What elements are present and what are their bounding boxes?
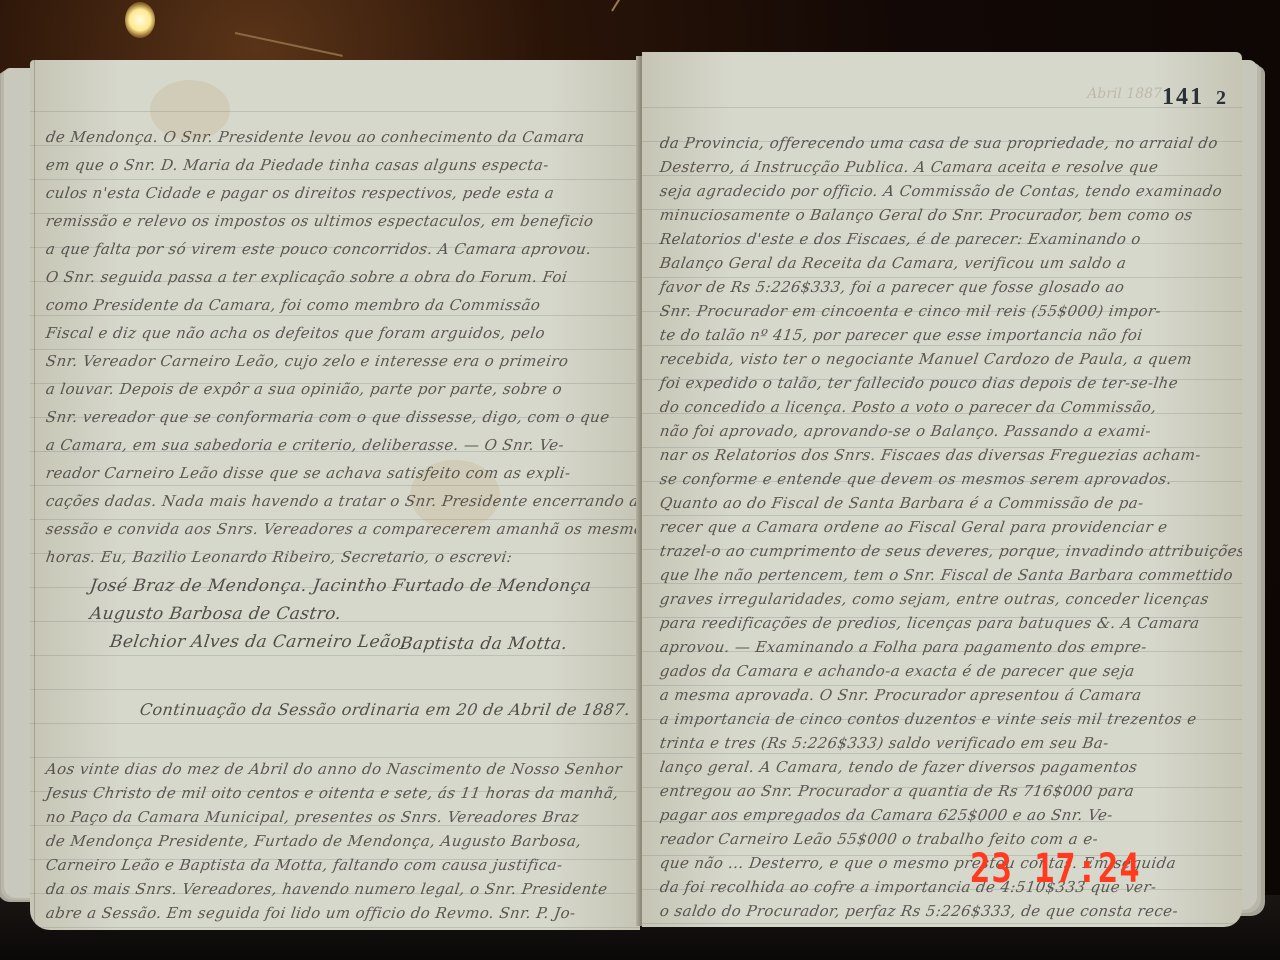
bookmark-ribbon [235, 32, 343, 57]
text-line: nar os Relatorios dos Snrs. Fiscaes das … [659, 446, 1202, 464]
margin-line [34, 60, 35, 930]
text-line: graves irregularidades, como sejam, entr… [659, 590, 1210, 608]
text-line: te do talão nº 415, por parecer que esse… [659, 326, 1144, 344]
text-line: aprovou. — Examinando a Folha para pagam… [659, 638, 1148, 656]
bookmark-thread [611, 0, 644, 12]
text-line: a mesma aprovada. O Snr. Procurador apre… [659, 686, 1143, 704]
text-line: a que falta por só virem este pouco conc… [45, 240, 593, 258]
text-line: Quanto ao do Fiscal de Santa Barbara é a… [659, 494, 1145, 512]
text-line: Fiscal e diz que não acha os defeitos qu… [45, 324, 547, 342]
text-line: a Camara, em sua sabedoria e criterio, d… [45, 436, 566, 454]
text-line: gados da Camara e achando-a exacta é de … [659, 662, 1136, 680]
text-line: a importancia de cinco contos duzentos e… [659, 710, 1198, 728]
page-number-suffix: 2 [1216, 87, 1228, 109]
text-line: recebida, visto ter o negociante Manuel … [659, 350, 1194, 368]
text-line: da os mais Snrs. Vereadores, havendo num… [45, 880, 609, 898]
text-line: Snr. Procurador em cincoenta e cinco mil… [659, 302, 1163, 320]
text-line: Jesus Christo de mil oito centos e oiten… [45, 784, 620, 802]
right-page: Abril 1887 141 2 da Provincia, offerecen… [642, 52, 1242, 927]
left-page: de Mendonça. O Snr. Presidente levou ao … [30, 60, 640, 930]
text-line: Snr. Vereador Carneiro Leão, cujo zelo e… [45, 352, 570, 370]
text-line: Snr. vereador que se conformaria com o q… [45, 408, 611, 426]
text-line: favor de Rs 5:226$333, foi a parecer que… [659, 278, 1126, 296]
text-line: em que o Snr. D. Maria da Piedade tinha … [45, 156, 550, 174]
text-line: remissão e relevo os impostos os ultimos… [45, 212, 595, 230]
text-line: como Presidente da Camara, foi como memb… [45, 296, 542, 314]
text-line: horas. Eu, Bazilio Leonardo Ribeiro, Sec… [45, 548, 514, 566]
text-line: Balanço Geral da Receita da Camara, veri… [659, 254, 1128, 272]
signature: Baptista da Motta. [399, 634, 569, 654]
text-line: da Provincia, offerecendo uma casa de su… [659, 134, 1219, 152]
text-line: não foi aprovado, aprovando-se o Balanço… [659, 422, 1153, 440]
text-line: a louvar. Depois de expôr a sua opinião,… [45, 380, 564, 398]
text-line: Carneiro Leão e Baptista da Motta, falta… [45, 856, 564, 874]
text-line: que lhe não pertencem, tem o Snr. Fiscal… [659, 566, 1235, 584]
session-heading: Continuação da Sessão ordinaria em 20 de… [139, 700, 632, 719]
text-line: trinta e tres (Rs 5:226$333) saldo verif… [659, 734, 1110, 752]
text-line: reador Carneiro Leão disse que se achava… [45, 464, 572, 482]
text-line: cações dadas. Nada mais havendo a tratar… [45, 492, 640, 510]
text-line: lanço geral. A Camara, tendo de fazer di… [659, 758, 1139, 776]
text-line: O Snr. seguida passa a ter explicação so… [45, 268, 569, 286]
text-line: foi expedido o talão, ter fallecido pouc… [659, 374, 1180, 392]
text-line: se conforme e entende que devem os mesmo… [659, 470, 1173, 488]
text-line: de Mendonça. O Snr. Presidente levou ao … [45, 128, 586, 146]
camera-timestamp: 23 17:24 [970, 846, 1141, 892]
text-line: abre a Sessão. Em seguida foi lido um of… [45, 904, 577, 922]
signature: José Braz de Mendonça. Jacintho Furtado … [89, 576, 593, 596]
signature: Belchior Alves da Carneiro Leão. [109, 632, 409, 652]
text-line: Desterro, á Instrucção Publica. A Camara… [659, 158, 1160, 176]
page-number-value: 141 [1162, 84, 1204, 110]
text-line: minuciosamente o Balanço Geral do Snr. P… [659, 206, 1194, 224]
text-line: para reedificações de predios, licenças … [659, 614, 1201, 632]
text-line: culos n'esta Cidade e pagar os direitos … [45, 184, 556, 202]
text-line: do concedido a licença. Posto a voto o p… [659, 398, 1158, 416]
text-line: no Paço da Camara Municipal, presentes o… [45, 808, 581, 826]
text-line: entregou ao Snr. Procurador a quantia de… [659, 782, 1136, 800]
text-line: sessão e convida aos Snrs. Vereadores a … [45, 520, 640, 538]
text-line: o saldo do Procurador, perfaz Rs 5:226$3… [659, 902, 1180, 920]
text-line: trazel-o ao cumprimento de seus deveres,… [659, 542, 1242, 560]
signature: Augusto Barbosa de Castro. [89, 604, 343, 624]
text-line: Aos vinte dias do mez de Abril do anno d… [45, 760, 624, 778]
pencil-note: Abril 1887 [1087, 86, 1162, 102]
text-line: Relatorios d'este e dos Fiscaes, é de pa… [659, 230, 1142, 248]
text-line: pagar aos empregados da Camara 625$000 e… [659, 806, 1114, 824]
text-line: seja agradecido por officio. A Commissão… [659, 182, 1224, 200]
text-line: recer que a Camara ordene ao Fiscal Gera… [659, 518, 1169, 536]
page-number: 141 2 [1162, 84, 1228, 111]
text-line: de Mendonça Presidente, Furtado de Mendo… [45, 832, 583, 850]
lamp-light [125, 2, 155, 38]
